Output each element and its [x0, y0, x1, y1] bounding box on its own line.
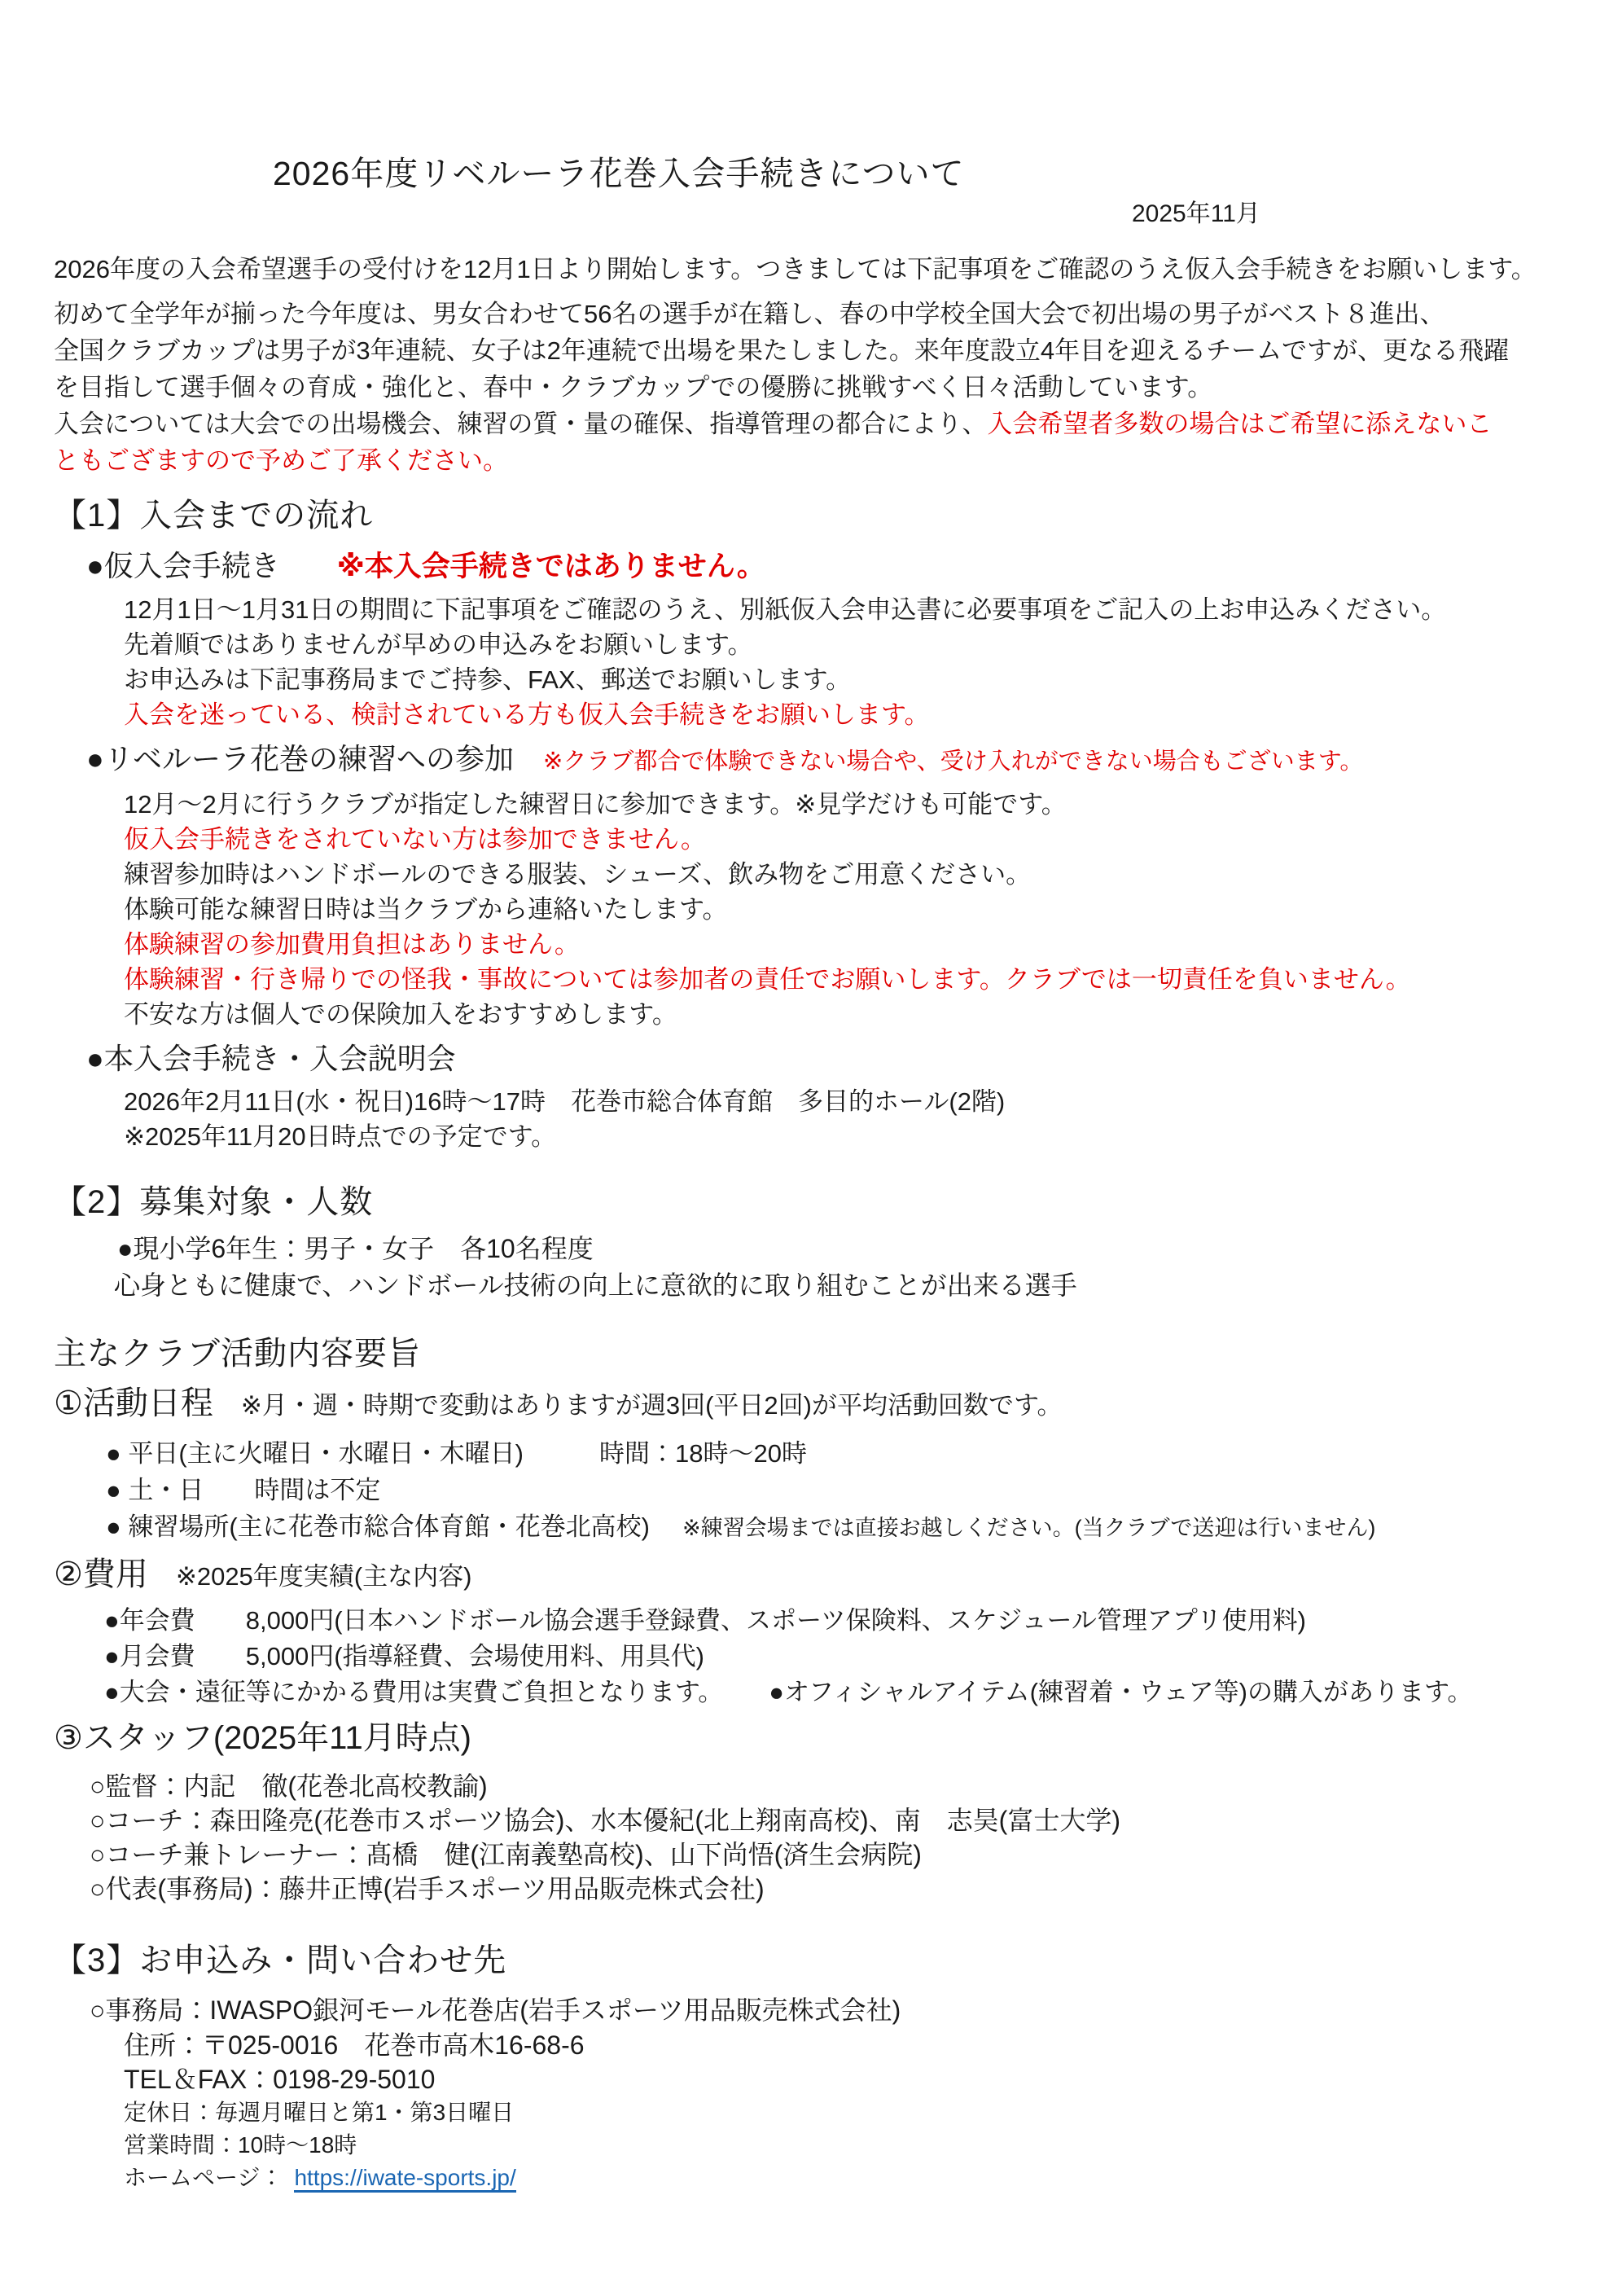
temp-enrollment-label: ●仮入会手続き — [86, 549, 280, 582]
about-line: 入会については大会での出場機会、練習の質・量の確保、指導管理の都合により、入会希… — [54, 406, 1589, 442]
intro-paragraph: 2026年度の入会希望選手の受付けを12月1日より開始します。つきましては下記事… — [54, 251, 1589, 288]
section3-heading: 【3】お申込み・問い合わせ先 — [54, 1938, 1589, 1982]
practice-red-note: 体験練習の参加費用負担はありません。 — [124, 927, 1589, 962]
list-item: 先着順ではありませんが早めの申込みをお願いします。 — [124, 627, 1589, 662]
list-item: お申込みは下記事務局までご持参、FAX、郵送でお願いします。 — [124, 662, 1589, 697]
section1-heading: 【1】入会までの流れ — [54, 494, 1589, 538]
practice-red-note: 体験練習・行き帰りでの怪我・事故については参加者の責任でお願いします。クラブでは… — [124, 962, 1589, 997]
schedule-heading: ①活動日程※月・週・時期で変動はありますが週3回(平日2回)が平均活動回数です。 — [54, 1381, 1589, 1429]
fee-official-items: ●オフィシャルアイテム(練習着・ウェア等)の購入があります。 — [769, 1678, 1472, 1706]
list-item: ● 練習場所(主に花巻市総合体育館・花巻北高校)※練習会場までは直接お越しくださ… — [106, 1508, 1589, 1547]
list-item: 2026年2月11日(水・祝日)16時～17時 花巻市総合体育館 多目的ホール(… — [124, 1084, 1589, 1119]
practice-details: 12月～2月に行うクラブが指定した練習日に参加できます。※見学だけも可能です。 … — [54, 787, 1589, 1032]
list-item: ● 土・日 時間は不定 — [106, 1472, 1589, 1508]
document-page: 2026年度リベルーラ花巻入会手続きについて 2025年11月 2026年度の入… — [0, 0, 1622, 2296]
staff-member: ○監督：内記 徹(花巻北高校教諭) — [90, 1769, 1589, 1803]
staff-member: ○コーチ：森田隆亮(花巻市スポーツ協会)、水本優紀(北上翔南高校)、南 志昊(富… — [90, 1803, 1589, 1837]
temp-enrollment-warning: ※本入会手続きではありません。 — [337, 551, 765, 582]
list-item: ※2025年11月20日時点での予定です。 — [124, 1119, 1589, 1154]
contact-business-hours: 営業時間：10時～18時 — [124, 2129, 1589, 2162]
main-enrollment-details: 2026年2月11日(水・祝日)16時～17時 花巻市総合体育館 多目的ホール(… — [54, 1084, 1589, 1154]
about-line: 全国クラブカップは男子が3年連続、女子は2年連続で出場を果たしました。来年度設立… — [54, 332, 1589, 369]
page-title: 2026年度リベルーラ花巻入会手続きについて — [273, 153, 1589, 194]
practice-warning: ※クラブ都合で体験できない場合や、受け入れができない場合もございます。 — [543, 749, 1363, 775]
list-item: ●年会費 8,000円(日本ハンドボール協会選手登録費、スポーツ保険料、スケジュ… — [104, 1603, 1589, 1639]
fee-extra-cost: ●大会・遠征等にかかる費用は実費ご負担となります。 — [104, 1678, 723, 1706]
schedule-list: ● 平日(主に火曜日・水曜日・木曜日) 時間：18時～20時 ● 土・日 時間は… — [54, 1435, 1589, 1547]
document-date: 2025年11月 — [1132, 199, 1589, 230]
recruit-condition: 心身ともに健康で、ハンドボール技術の向上に意欲的に取り組むことが出来る選手 — [114, 1267, 1589, 1304]
fee-heading: ②費用※2025年度実績(主な内容) — [54, 1552, 1589, 1600]
capacity-warning-text: 入会希望者多数の場合はご希望に添えないこ — [987, 410, 1492, 438]
fee-note: ※2025年度実績(主な内容) — [176, 1562, 472, 1591]
capacity-warning-text: ともござますので予めご了承ください。 — [54, 442, 1589, 479]
activity-heading: 主なクラブ活動内容要旨 — [54, 1332, 1589, 1376]
homepage-label: ホームページ： — [124, 2165, 283, 2190]
practice-place-note: ※練習会場までは直接お越しください。(当クラブで送迎は行いません) — [682, 1516, 1375, 1540]
schedule-note: ※月・週・時期で変動はありますが週3回(平日2回)が平均活動回数です。 — [241, 1391, 1063, 1420]
about-line: 初めて全学年が揃った今年度は、男女合わせて56名の選手が在籍し、春の中学校全国大… — [54, 296, 1589, 332]
list-item: ● 平日(主に火曜日・水曜日・木曜日) 時間：18時～20時 — [106, 1435, 1589, 1472]
staff-list: ○監督：内記 徹(花巻北高校教諭) ○コーチ：森田隆亮(花巻市スポーツ協会)、水… — [54, 1769, 1589, 1906]
list-item: 練習参加時はハンドボールのできる服装、シューズ、飲み物をご用意ください。 — [124, 857, 1589, 892]
contact-tel-fax: TEL＆FAX：0198-29-5010 — [124, 2062, 1589, 2096]
recruit-target-bullet: ●現小学6年生：男子・女子 各10名程度 — [117, 1231, 1589, 1267]
schedule-label: ①活動日程 — [54, 1385, 213, 1421]
list-item: 体験可能な練習日時は当クラブから連絡いたします。 — [124, 892, 1589, 927]
staff-heading: ③スタッフ(2025年11月時点) — [54, 1715, 1589, 1761]
contact-office: ○事務局：IWASPO銀河モール花巻店(岩手スポーツ用品販売株式会社) — [90, 1992, 1589, 2028]
staff-member: ○コーチ兼トレーナー：髙橋 健(江南義塾高校)、山下尚悟(済生会病院) — [90, 1837, 1589, 1872]
list-item: ●大会・遠征等にかかる費用は実費ご負担となります。●オフィシャルアイテム(練習着… — [104, 1675, 1589, 1710]
practice-label: ●リベルーラ花巻の練習への参加 — [86, 742, 514, 775]
about-line-black: 入会については大会での出場機会、練習の質・量の確保、指導管理の都合により、 — [54, 410, 987, 438]
list-item: 12月～2月に行うクラブが指定した練習日に参加できます。※見学だけも可能です。 — [124, 787, 1589, 822]
contact-homepage-row: ホームページ：https://iwate-sports.jp/ — [124, 2162, 1589, 2194]
contact-closed-days: 定休日：毎週月曜日と第1・第3日曜日 — [124, 2096, 1589, 2129]
contact-address: 住所：〒025-0016 花巻市高木16-68-6 — [124, 2028, 1589, 2062]
section2-heading: 【2】募集対象・人数 — [54, 1180, 1589, 1224]
homepage-link[interactable]: https://iwate-sports.jp/ — [294, 2165, 515, 2193]
about-paragraph: 初めて全学年が揃った今年度は、男女合わせて56名の選手が在籍し、春の中学校全国大… — [54, 296, 1589, 479]
temp-enrollment-red-note: 入会を迷っている、検討されている方も仮入会手続きをお願いします。 — [124, 697, 1589, 732]
main-enrollment-bullet: ●本入会手続き・入会説明会 — [86, 1038, 1589, 1079]
practice-place: ● 練習場所(主に花巻市総合体育館・花巻北高校) — [106, 1512, 650, 1541]
about-line: を目指して選手個々の育成・強化と、春中・クラブカップでの優勝に挑戦すべく日々活動… — [54, 369, 1589, 406]
temp-enrollment-bullet: ●仮入会手続き※本入会手続きではありません。 — [86, 546, 1589, 587]
practice-red-note: 仮入会手続きをされていない方は参加できません。 — [124, 822, 1589, 857]
temp-enrollment-details: 12月1日～1月31日の期間に下記事項をご確認のうえ、別紙仮入会申込書に必要事項… — [54, 592, 1589, 732]
fee-list: ●年会費 8,000円(日本ハンドボール協会選手登録費、スポーツ保険料、スケジュ… — [54, 1603, 1589, 1710]
fee-label: ②費用 — [54, 1556, 148, 1592]
list-item: 不安な方は個人での保険加入をおすすめします。 — [124, 997, 1589, 1032]
staff-member: ○代表(事務局)：藤井正博(岩手スポーツ用品販売株式会社) — [90, 1872, 1589, 1906]
list-item: ●月会費 5,000円(指導経費、会場使用料、用具代) — [104, 1639, 1589, 1675]
list-item: 12月1日～1月31日の期間に下記事項をご確認のうえ、別紙仮入会申込書に必要事項… — [124, 592, 1589, 627]
practice-bullet: ●リベルーラ花巻の練習への参加※クラブ都合で体験できない場合や、受け入れができな… — [86, 739, 1589, 782]
